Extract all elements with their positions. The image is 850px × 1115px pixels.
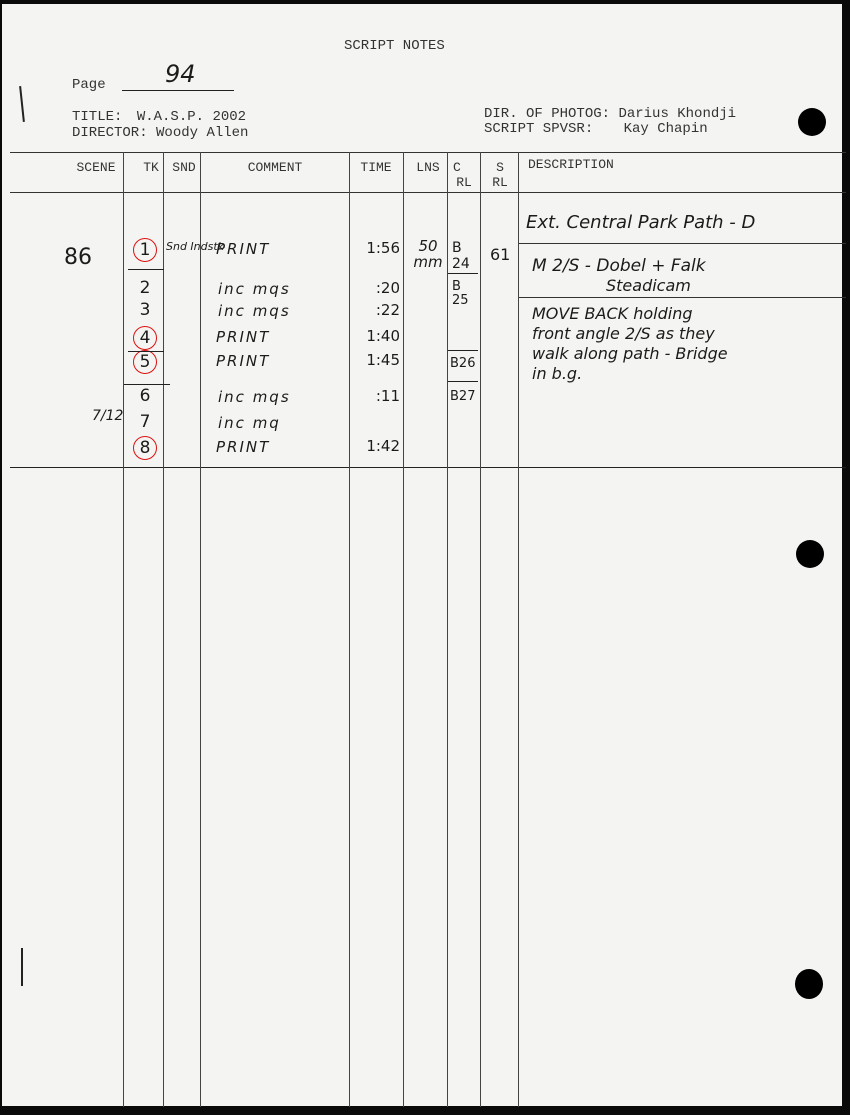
camera-roll-divider [448,350,478,351]
table-top-rule [10,152,846,153]
take-number: 1 [128,238,162,262]
take-comment: PRINT [216,352,270,370]
col-divider-snd [200,152,201,1107]
camera-roll-b26: B26 [450,356,475,371]
col-header-scene: SCENE [70,160,122,175]
col-header-tk: TK [140,160,162,175]
margin-mark-bottom [21,948,23,986]
take-number: 8 [128,436,162,460]
take-comment: PRINT [216,328,270,346]
page-label: Page [72,77,106,93]
dp-row: DIR. OF PHOTOG: Darius Khondji [484,106,736,122]
dp-value: Darius Khondji [618,106,736,122]
col-header-srl-top: S [482,160,518,175]
col-header-time: TIME [352,160,400,175]
supervisor-label: SCRIPT SPVSR: [484,121,593,137]
col-header-crl-top: C [449,160,479,175]
take-comment: inc mqs [218,302,291,320]
take-time: :20 [354,279,400,297]
director-value: Woody Allen [156,125,248,141]
col-header-comment: COMMENT [220,160,330,175]
description-action: MOVE BACK holding front angle 2/S as the… [532,304,728,384]
take-comment: inc mqs [218,388,291,406]
camera-roll-b24: B 24 [452,240,478,272]
supervisor-row: SCRIPT SPVSR: Kay Chapin [484,121,708,137]
col-header-crl-bottom: RL [449,175,479,190]
take-time: 1:40 [354,327,400,345]
scene-count: 7/12 [92,408,123,425]
dp-label: DIR. OF PHOTOG: [484,106,610,122]
take-time: 1:45 [354,351,400,369]
supervisor-value: Kay Chapin [624,121,708,137]
camera-roll-divider [448,273,478,274]
col-divider-time [403,152,404,1107]
col-divider-comment [349,152,350,1107]
table-entries-end-rule [10,467,846,468]
camera-roll-b27: B27 [450,389,475,404]
take-divider [128,351,164,352]
take-time: :22 [354,301,400,319]
take-time: 1:56 [354,239,400,257]
page-number-underline [122,90,234,91]
description-shot: M 2/S - Dobel + Falk [532,256,706,276]
take-number: 2 [128,278,162,298]
take-divider [124,384,170,385]
table-header-rule [10,192,846,193]
director-label: DIRECTOR: [72,125,148,141]
col-divider-srl [518,152,519,1107]
form-title: SCRIPT NOTES [344,38,445,54]
description-divider [519,297,846,298]
take-time: 1:42 [354,437,400,455]
take-comment: inc mq [218,414,281,432]
hole-punch-top [798,108,826,136]
col-header-srl-bottom: RL [482,175,518,190]
col-divider-lns [447,152,448,1107]
take-comment: PRINT [216,438,270,456]
scene-number: 86 [64,245,92,270]
sound-roll: 61 [490,245,510,264]
take-comment: PRINT [216,240,270,258]
camera-roll-divider [448,381,478,382]
take-number: 6 [128,386,162,406]
col-divider-scene [123,152,124,1107]
lens-value: 50 mm [410,238,446,270]
description-divider [519,243,846,244]
col-divider-tk [163,152,164,1107]
description-slugline: Ext. Central Park Path - D [526,212,755,233]
col-header-crl: C RL [449,160,479,190]
take-number: 5 [128,350,162,374]
col-header-description: DESCRIPTION [528,157,614,172]
director-row: DIRECTOR: Woody Allen [72,125,248,141]
hole-punch-middle [796,540,824,568]
hole-punch-bottom [795,969,823,999]
take-divider [128,269,164,270]
camera-roll-b25: B 25 [452,280,478,308]
col-divider-crl [480,152,481,1107]
scene-count-value: 7/12 [92,408,123,424]
col-header-lns: LNS [410,160,446,175]
take-time: :11 [354,387,400,405]
description-rig: Steadicam [606,276,691,295]
title-row: TITLE: W.A.S.P. 2002 [72,109,246,125]
take-number: 3 [128,300,162,320]
col-header-srl: S RL [482,160,518,190]
page-number: 94 [165,60,196,88]
title-value: W.A.S.P. 2002 [137,109,246,125]
take-comment: inc mqs [218,280,291,298]
col-header-snd: SND [168,160,200,175]
take-number: 4 [128,326,162,350]
title-label: TITLE: [72,109,122,125]
take-number: 7 [128,412,162,432]
